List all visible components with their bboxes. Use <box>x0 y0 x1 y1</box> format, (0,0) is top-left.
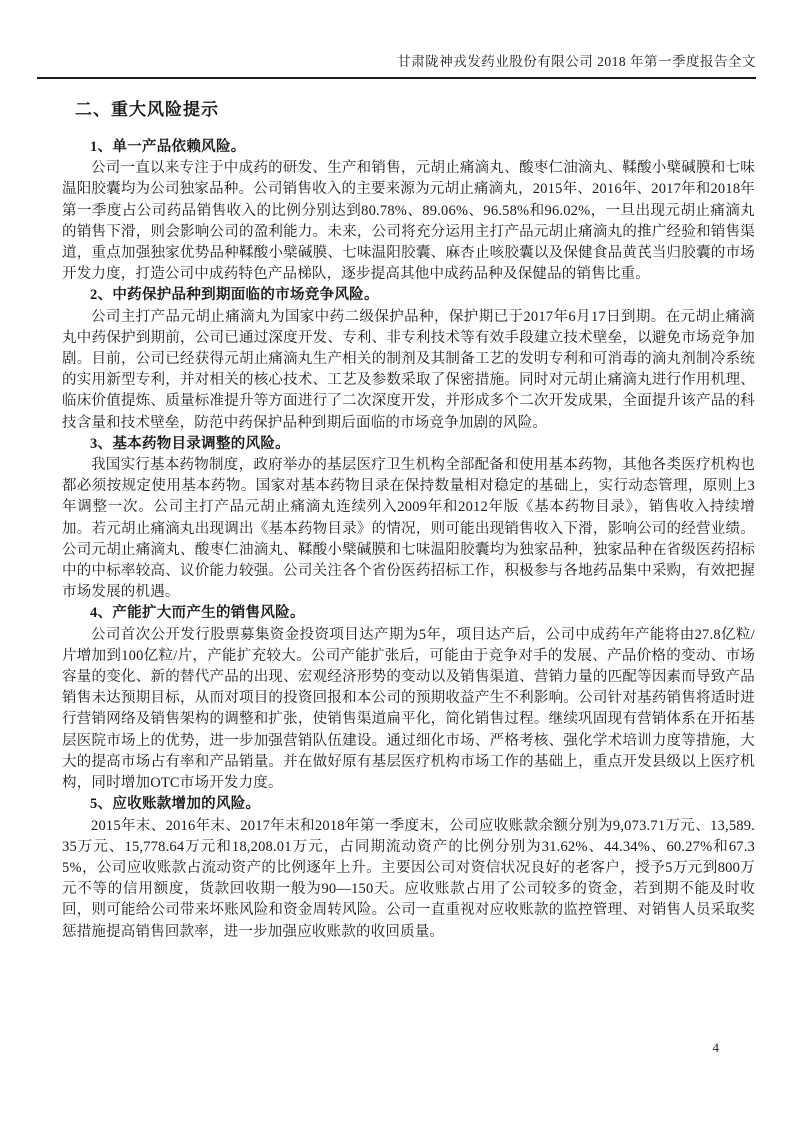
risk-heading-3: 3、基本药物目录调整的风险。 <box>62 434 755 455</box>
report-page: 甘肃陇神戎发药业股份有限公司 2018 年第一季度报告全文 二、重大风险提示 1… <box>0 0 793 1122</box>
risk-body-4: 公司首次公开发行股票募集资金投资项目达产期为5年，项目达产后，公司中成药年产能将… <box>62 625 755 795</box>
risk-body-5: 2015年末、2016年末、2017年末和2018年第一季度末，公司应收账款余额… <box>62 816 755 943</box>
risk-body-3: 我国实行基本药物制度，政府举办的基层医疗卫生机构全部配备和使用基本药物，其他各类… <box>62 455 755 603</box>
page-number: 4 <box>713 1040 720 1056</box>
risk-heading-5: 5、应收账款增加的风险。 <box>62 794 755 815</box>
risk-heading-1: 1、单一产品依赖风险。 <box>62 137 755 158</box>
risk-body-1: 公司一直以来专注于中成药的研发、生产和销售，元胡止痛滴丸、酸枣仁油滴丸、鞣酸小檗… <box>62 158 755 285</box>
risk-block-2: 2、中药保护品种到期面临的市场竞争风险。 公司主打产品元胡止痛滴丸为国家中药二级… <box>62 285 755 433</box>
risk-block-4: 4、产能扩大而产生的销售风险。 公司首次公开发行股票募集资金投资项目达产期为5年… <box>62 603 755 794</box>
risk-heading-4: 4、产能扩大而产生的销售风险。 <box>62 603 755 624</box>
risk-block-3: 3、基本药物目录调整的风险。 我国实行基本药物制度，政府举办的基层医疗卫生机构全… <box>62 434 755 604</box>
running-header: 甘肃陇神戎发药业股份有限公司 2018 年第一季度报告全文 <box>37 50 756 79</box>
section-title: 二、重大风险提示 <box>75 95 755 120</box>
page-content: 二、重大风险提示 1、单一产品依赖风险。 公司一直以来专注于中成药的研发、生产和… <box>62 95 755 943</box>
risk-body-2: 公司主打产品元胡止痛滴丸为国家中药二级保护品种，保护期已于2017年6月17日到… <box>62 307 755 434</box>
risk-block-5: 5、应收账款增加的风险。 2015年末、2016年末、2017年末和2018年第… <box>62 794 755 942</box>
risk-heading-2: 2、中药保护品种到期面临的市场竞争风险。 <box>62 285 755 306</box>
risk-block-1: 1、单一产品依赖风险。 公司一直以来专注于中成药的研发、生产和销售，元胡止痛滴丸… <box>62 137 755 285</box>
